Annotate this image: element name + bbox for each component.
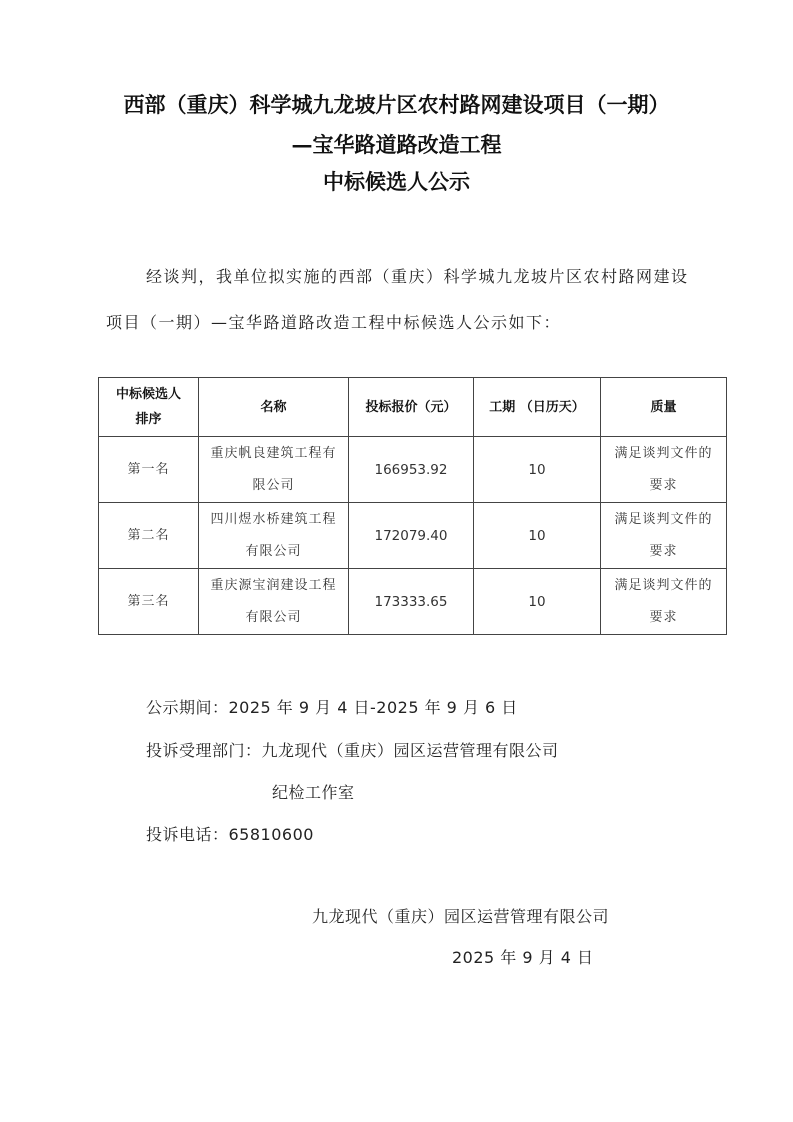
table-row: 第三名 重庆源宝润建设工程有限公司 173333.65 10 满足谈判文件的要求 bbox=[99, 569, 727, 635]
signature-organization: 九龙现代（重庆）园区运营管理有限公司 bbox=[312, 904, 609, 927]
complaint-department: 投诉受理部门：九龙现代（重庆）园区运营管理有限公司 bbox=[146, 738, 559, 761]
cell-rank: 第二名 bbox=[99, 503, 199, 569]
cell-quality: 满足谈判文件的要求 bbox=[601, 503, 727, 569]
header-name: 名称 bbox=[199, 378, 349, 437]
cell-quality: 满足谈判文件的要求 bbox=[601, 569, 727, 635]
candidates-table: 中标候选人排序 名称 投标报价（元） 工期 （日历天） 质量 第一名 重庆帆良建… bbox=[98, 377, 727, 635]
cell-company-name: 重庆帆良建筑工程有限公司 bbox=[199, 437, 349, 503]
complaint-department-continued: 纪检工作室 bbox=[272, 780, 355, 803]
header-quality: 质量 bbox=[601, 378, 727, 437]
intro-paragraph-line-1: 经谈判，我单位拟实施的西部（重庆）科学城九龙坡片区农村路网建设 bbox=[146, 264, 689, 287]
complaint-phone: 投诉电话：65810600 bbox=[146, 822, 314, 845]
header-rank: 中标候选人排序 bbox=[99, 378, 199, 437]
cell-price: 166953.92 bbox=[349, 437, 474, 503]
signature-date: 2025 年 9 月 4 日 bbox=[452, 945, 594, 968]
cell-duration: 10 bbox=[474, 503, 601, 569]
cell-rank: 第三名 bbox=[99, 569, 199, 635]
document-title-line-3: 中标候选人公示 bbox=[0, 166, 793, 196]
cell-duration: 10 bbox=[474, 437, 601, 503]
cell-company-name: 重庆源宝润建设工程有限公司 bbox=[199, 569, 349, 635]
header-duration: 工期 （日历天） bbox=[474, 378, 601, 437]
table-header-row: 中标候选人排序 名称 投标报价（元） 工期 （日历天） 质量 bbox=[99, 378, 727, 437]
table-row: 第一名 重庆帆良建筑工程有限公司 166953.92 10 满足谈判文件的要求 bbox=[99, 437, 727, 503]
cell-company-name: 四川煜水桥建筑工程有限公司 bbox=[199, 503, 349, 569]
document-title-line-2: —宝华路道路改造工程 bbox=[0, 129, 793, 159]
cell-quality: 满足谈判文件的要求 bbox=[601, 437, 727, 503]
table-row: 第二名 四川煜水桥建筑工程有限公司 172079.40 10 满足谈判文件的要求 bbox=[99, 503, 727, 569]
cell-price: 173333.65 bbox=[349, 569, 474, 635]
cell-price: 172079.40 bbox=[349, 503, 474, 569]
cell-rank: 第一名 bbox=[99, 437, 199, 503]
cell-duration: 10 bbox=[474, 569, 601, 635]
header-price: 投标报价（元） bbox=[349, 378, 474, 437]
document-title-line-1: 西部（重庆）科学城九龙坡片区农村路网建设项目（一期） bbox=[0, 89, 793, 119]
publicity-period: 公示期间：2025 年 9 月 4 日-2025 年 9 月 6 日 bbox=[146, 695, 518, 718]
intro-paragraph-line-2: 项目（一期）—宝华路道路改造工程中标候选人公示如下： bbox=[106, 310, 561, 333]
